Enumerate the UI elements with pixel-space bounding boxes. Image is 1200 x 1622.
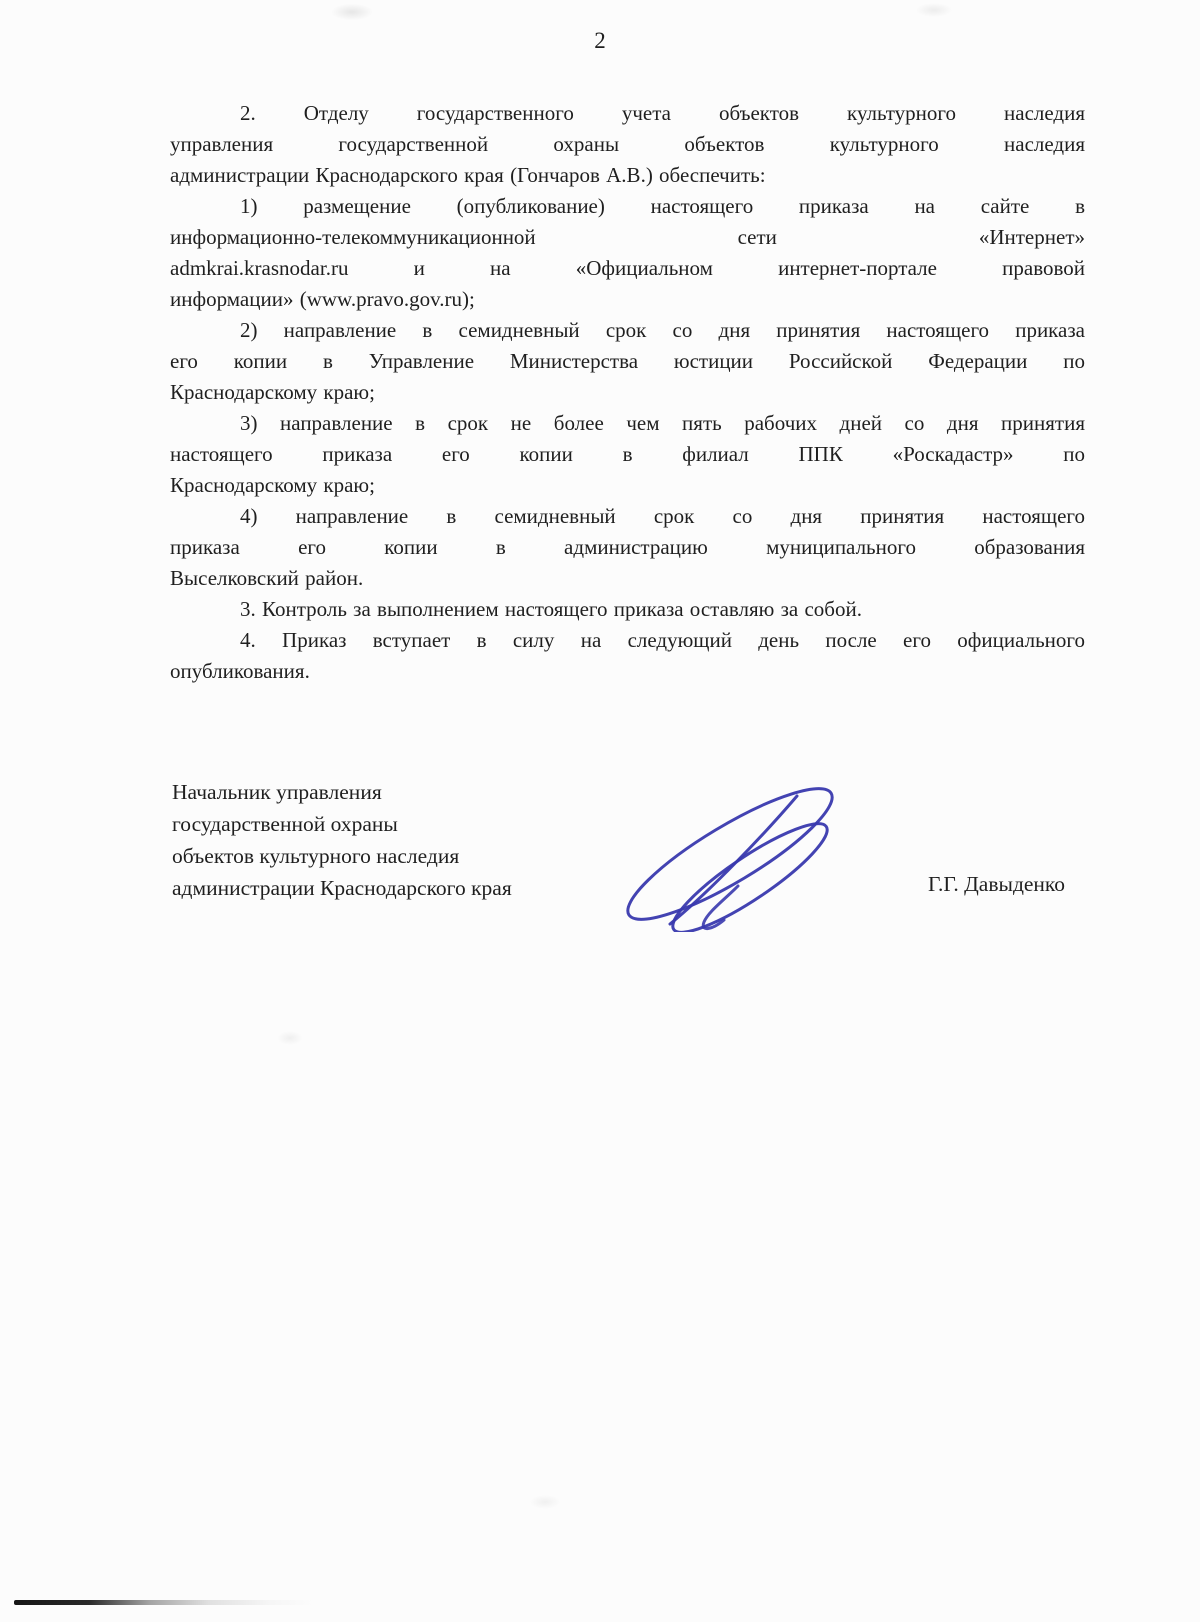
- text-line: информационно-телекоммуникационной сети …: [170, 222, 1085, 253]
- paragraph: 2) направление в семидневный срок со дня…: [170, 315, 1085, 408]
- paragraph: 3. Контроль за выполнением настоящего пр…: [170, 594, 1085, 625]
- paragraph: 4. Приказ вступает в силу на следующий д…: [170, 625, 1085, 687]
- text-line: 4) направление в семидневный срок со дня…: [170, 501, 1085, 532]
- text-line: Краснодарскому краю;: [170, 470, 1085, 501]
- paragraph: 2. Отделу государственного учета объекто…: [170, 98, 1085, 191]
- scanned-document-page: 2 2. Отделу государственного учета объек…: [0, 0, 1200, 1622]
- text-line: 4. Приказ вступает в силу на следующий д…: [170, 625, 1085, 656]
- text-line: 3. Контроль за выполнением настоящего пр…: [170, 594, 1085, 625]
- page-number: 2: [0, 28, 1200, 54]
- signatory-position-line: государственной охраны: [172, 808, 642, 840]
- paragraph: 1) размещение (опубликование) настоящего…: [170, 191, 1085, 315]
- text-line: Краснодарскому краю;: [170, 377, 1085, 408]
- handwritten-signature: [612, 782, 852, 932]
- signatory-position-line: объектов культурного наследия: [172, 840, 642, 872]
- signatory-name: Г.Г. Давыденко: [928, 872, 1065, 897]
- text-line: admkrai.krasnodar.ru и на «Официальном и…: [170, 253, 1085, 284]
- text-line: информации» (www.pravo.gov.ru);: [170, 284, 1085, 315]
- document-body: 2. Отделу государственного учета объекто…: [170, 98, 1085, 687]
- signatory-position-block: Начальник управлениягосударственной охра…: [172, 776, 642, 904]
- text-line: 2) направление в семидневный срок со дня…: [170, 315, 1085, 346]
- text-line: администрации Краснодарского края (Гонча…: [170, 160, 1085, 191]
- scan-artifact-line: [14, 1600, 314, 1605]
- signatory-position-line: администрации Краснодарского края: [172, 872, 642, 904]
- text-line: 2. Отделу государственного учета объекто…: [170, 98, 1085, 129]
- paragraph: 3) направление в срок не более чем пять …: [170, 408, 1085, 501]
- text-line: опубликования.: [170, 656, 1085, 687]
- text-line: настоящего приказа его копии в филиал ПП…: [170, 439, 1085, 470]
- paragraph: 4) направление в семидневный срок со дня…: [170, 501, 1085, 594]
- text-line: 1) размещение (опубликование) настоящего…: [170, 191, 1085, 222]
- text-line: Выселковский район.: [170, 563, 1085, 594]
- text-line: приказа его копии в администрацию муници…: [170, 532, 1085, 563]
- text-line: управления государственной охраны объект…: [170, 129, 1085, 160]
- signatory-position-line: Начальник управления: [172, 776, 642, 808]
- text-line: 3) направление в срок не более чем пять …: [170, 408, 1085, 439]
- text-line: его копии в Управление Министерства юсти…: [170, 346, 1085, 377]
